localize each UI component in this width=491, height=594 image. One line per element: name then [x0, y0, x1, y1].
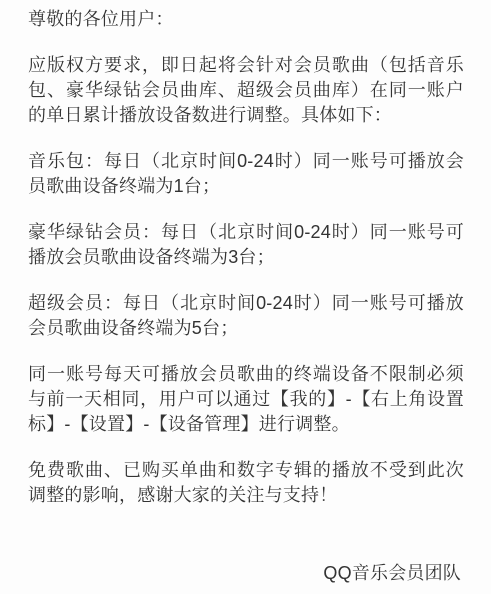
notice-page: 尊敬的各位用户： 应版权方要求，即日起将会针对会员歌曲（包括音乐包、豪华绿钻会员…: [0, 0, 491, 594]
notice-paragraph-music-pack: 音乐包：每日（北京时间0-24时）同一账号可播放会员歌曲设备终端为1台；: [28, 149, 464, 199]
notice-paragraph-free-songs: 免费歌曲、已购买单曲和数字专辑的播放不受到此次调整的影响，感谢大家的关注与支持！: [28, 458, 464, 508]
notice-greeting: 尊敬的各位用户：: [28, 7, 464, 32]
notice-signature: QQ音乐会员团队: [323, 561, 461, 586]
notice-paragraph-luxury-green-diamond: 豪华绿钻会员：每日（北京时间0-24时）同一账号可播放会员歌曲设备终端为3台；: [28, 220, 464, 270]
notice-paragraph-super-vip: 超级会员：每日（北京时间0-24时）同一账号可播放会员歌曲设备终端为5台；: [28, 291, 464, 341]
notice-paragraph-intro: 应版权方要求，即日起将会针对会员歌曲（包括音乐包、豪华绿钻会员曲库、超级会员曲库…: [28, 53, 464, 128]
notice-paragraph-device-management: 同一账号每天可播放会员歌曲的终端设备不限制必须与前一天相同，用户可以通过【我的】…: [28, 362, 464, 437]
